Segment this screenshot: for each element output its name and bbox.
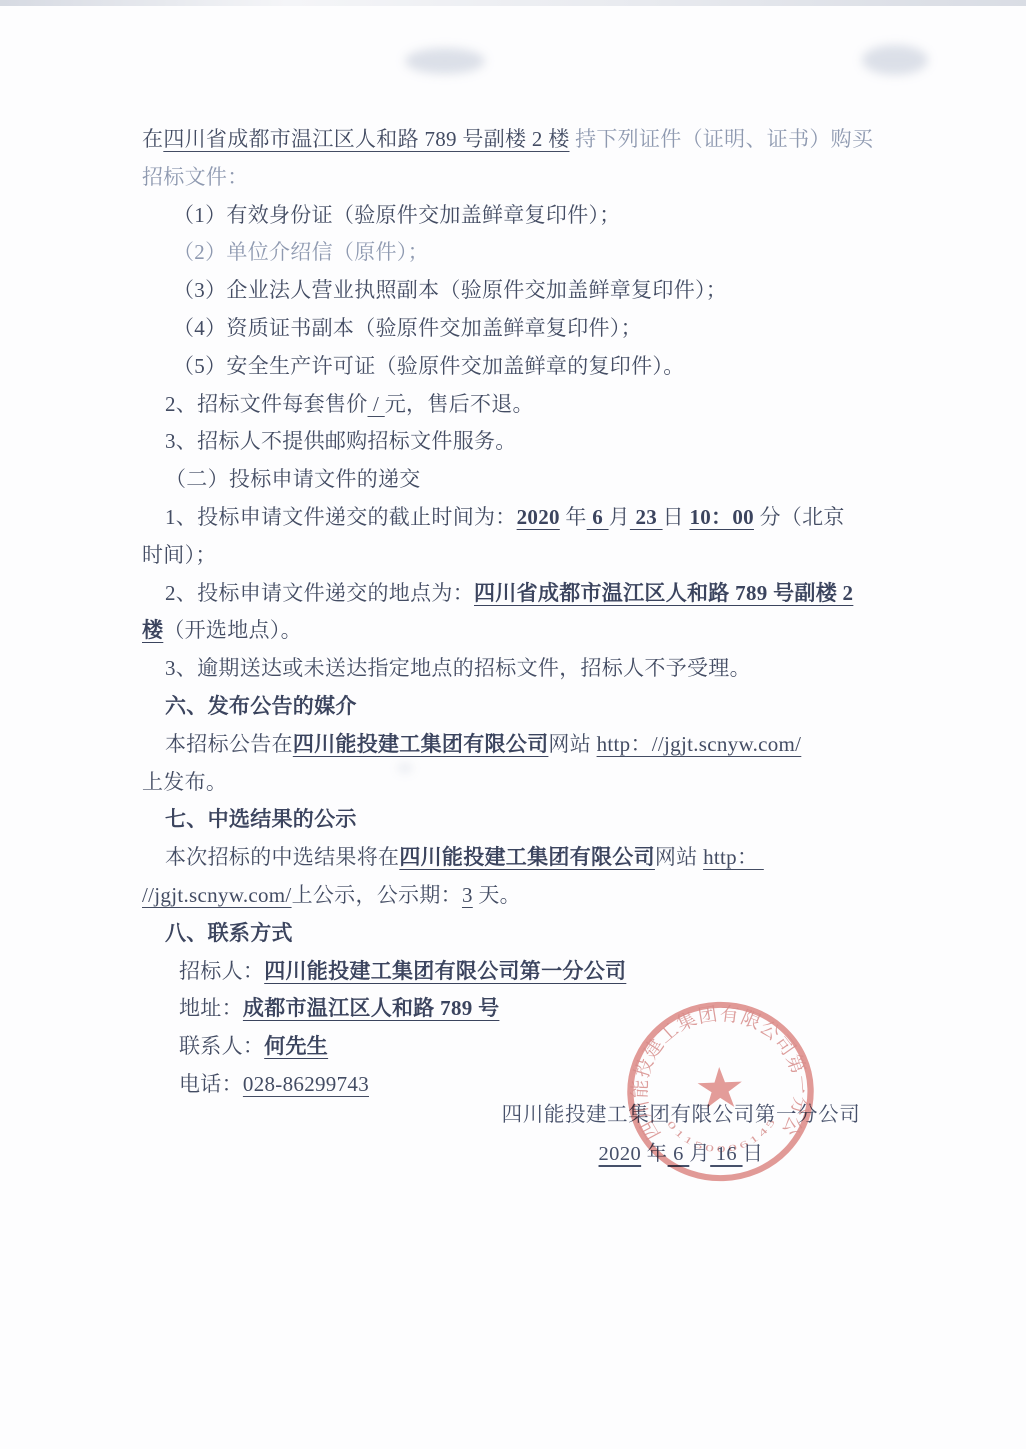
text-run: 月: [609, 505, 630, 529]
text-run: 网站: [548, 732, 596, 756]
document-line: 六、发布公告的媒介: [142, 688, 880, 726]
text-run: （5）安全生产许可证（验原件交加盖鲜章的复印件）。: [173, 354, 685, 378]
underlined-text: 2020: [599, 1143, 642, 1165]
underlined-text: http：: [703, 845, 764, 869]
text-run: （二）投标申请文件的递交: [165, 467, 421, 491]
underlined-text: 3: [462, 883, 473, 907]
document-line: 联系人：何先生: [142, 1028, 880, 1066]
text-run: 网站: [655, 845, 703, 869]
text-run: 年: [641, 1143, 667, 1165]
text-run: 本招标公告在: [165, 732, 293, 756]
text-run: 3、招标人不提供邮购招标文件服务。: [165, 429, 517, 453]
text-run: 招标文件：: [142, 165, 249, 189]
underlined-text: 楼: [142, 618, 163, 642]
underlined-text: //jgjt.scnyw.com/: [142, 883, 292, 907]
document-line: （4）资质证书副本（验原件交加盖鲜章复印件）；: [142, 310, 880, 348]
text-run: 分（北京: [754, 505, 845, 529]
document-line: 地址：成都市温江区人和路 789 号: [142, 990, 880, 1028]
signature-company: 四川能投建工集团有限公司第一分公司: [495, 1100, 867, 1130]
text-run: 天。: [473, 883, 521, 907]
text-run: 2、招标文件每套售价: [165, 392, 368, 416]
text-run: 3、逾期送达或未送达指定地点的招标文件，招标人不予受理。: [165, 656, 751, 680]
document-line: （5）安全生产许可证（验原件交加盖鲜章的复印件）。: [142, 348, 880, 386]
document-body: 在四川省成都市温江区人和路 789 号副楼 2 楼 持下列证件（证明、证书）购买…: [0, 0, 1026, 1104]
document-line: 3、招标人不提供邮购招标文件服务。: [142, 423, 880, 461]
document-line: 在四川省成都市温江区人和路 789 号副楼 2 楼 持下列证件（证明、证书）购买: [142, 121, 880, 159]
underlined-text: /: [368, 392, 385, 416]
document-line: 招标文件：: [142, 159, 880, 197]
signature-block: 四川能投建工集团有限公司第一分公司 2020 年 6 月 16 日: [495, 1100, 867, 1169]
text-run: 上公示，公示期：: [292, 883, 462, 907]
document-line: 1、投标申请文件递交的截止时间为：2020 年 6 月 23 日 10：00 分…: [142, 499, 880, 537]
text-run: 地址：: [179, 996, 243, 1020]
text-run: 八、联系方式: [165, 921, 293, 945]
document-line: 八、联系方式: [142, 915, 880, 953]
text-run: 1、投标申请文件递交的截止时间为：: [165, 505, 517, 529]
document-line: （二）投标申请文件的递交: [142, 461, 880, 499]
text-run: 上发布。: [142, 770, 227, 794]
underlined-text: 6: [668, 1143, 690, 1165]
text-run: 元，售后不退。: [385, 392, 534, 416]
document-line: （3）企业法人营业执照副本（验原件交加盖鲜章复印件）；: [142, 272, 880, 310]
document-line: （1）有效身份证（验原件交加盖鲜章复印件）；: [142, 197, 880, 235]
text-run: 2、投标申请文件递交的地点为：: [165, 581, 474, 605]
underlined-text: http：//jgjt.scnyw.com/: [597, 732, 802, 756]
document-line: 招标人：四川能投建工集团有限公司第一分公司: [142, 953, 880, 991]
text-run: 时间）；: [142, 543, 217, 567]
underlined-text: 四川省成都市温江区人和路 789 号副楼 2 楼: [163, 127, 569, 151]
document-line: 七、中选结果的公示: [142, 801, 880, 839]
text-run: （2）单位介绍信（原件）；: [173, 240, 429, 264]
document-line: 本次招标的中选结果将在四川能投建工集团有限公司网站 http：: [142, 839, 880, 877]
text-run: （4）资质证书副本（验原件交加盖鲜章复印件）；: [173, 316, 642, 340]
underlined-text: 16: [710, 1143, 742, 1165]
underlined-text: 何先生: [264, 1034, 328, 1058]
underlined-text: 四川能投建工集团有限公司第一分公司: [264, 959, 626, 983]
text-run: 年: [560, 505, 587, 529]
underlined-text: 2020: [517, 505, 560, 529]
text-run: 联系人：: [179, 1034, 264, 1058]
document-line: 3、逾期送达或未送达指定地点的招标文件，招标人不予受理。: [142, 650, 880, 688]
text-run: 持下列证件（证明、证书）购买: [570, 127, 874, 151]
document-line: 2、投标申请文件递交的地点为：四川省成都市温江区人和路 789 号副楼 2: [142, 575, 880, 613]
underlined-text: 成都市温江区人和路 789 号: [243, 996, 500, 1020]
text-run: 本次招标的中选结果将在: [165, 845, 399, 869]
underlined-text: 四川省成都市温江区人和路 789 号副楼 2: [474, 581, 853, 605]
text-run: 电话：: [179, 1072, 243, 1096]
document-line: 2、招标文件每套售价 / 元，售后不退。: [142, 386, 880, 424]
underlined-text: 6: [587, 505, 609, 529]
text-run: 六、发布公告的媒介: [165, 694, 357, 718]
document-line: 时间）；: [142, 537, 880, 575]
text-run: （开选地点）。: [163, 618, 302, 642]
text-run: （3）企业法人营业执照副本（验原件交加盖鲜章复印件）；: [173, 278, 727, 302]
document-line: //jgjt.scnyw.com/上公示，公示期：3 天。: [142, 877, 880, 915]
document-line: 电话：028-86299743: [142, 1066, 880, 1104]
underlined-text: 028-86299743: [243, 1072, 369, 1096]
document-line: 楼（开选地点）。: [142, 612, 880, 650]
text-run: 日: [743, 1143, 764, 1165]
text-run: 七、中选结果的公示: [165, 807, 357, 831]
text-run: 招标人：: [179, 959, 264, 983]
text-run: （1）有效身份证（验原件交加盖鲜章复印件）；: [173, 203, 621, 227]
document-line: （2）单位介绍信（原件）；: [142, 234, 880, 272]
document-line: 上发布。: [142, 764, 880, 802]
text-run: 月: [689, 1143, 710, 1165]
underlined-text: 四川能投建工集团有限公司: [399, 845, 655, 869]
underlined-text: 四川能投建工集团有限公司: [293, 732, 549, 756]
text-run: 在: [142, 127, 163, 151]
underlined-text: 10：00: [689, 505, 754, 529]
document-line: 本招标公告在四川能投建工集团有限公司网站 http：//jgjt.scnyw.c…: [142, 726, 880, 764]
underlined-text: 23: [630, 505, 663, 529]
scanned-document-page: 在四川省成都市温江区人和路 789 号副楼 2 楼 持下列证件（证明、证书）购买…: [0, 0, 1026, 1449]
signature-date: 2020 年 6 月 16 日: [495, 1139, 867, 1169]
text-run: 日: [663, 505, 690, 529]
